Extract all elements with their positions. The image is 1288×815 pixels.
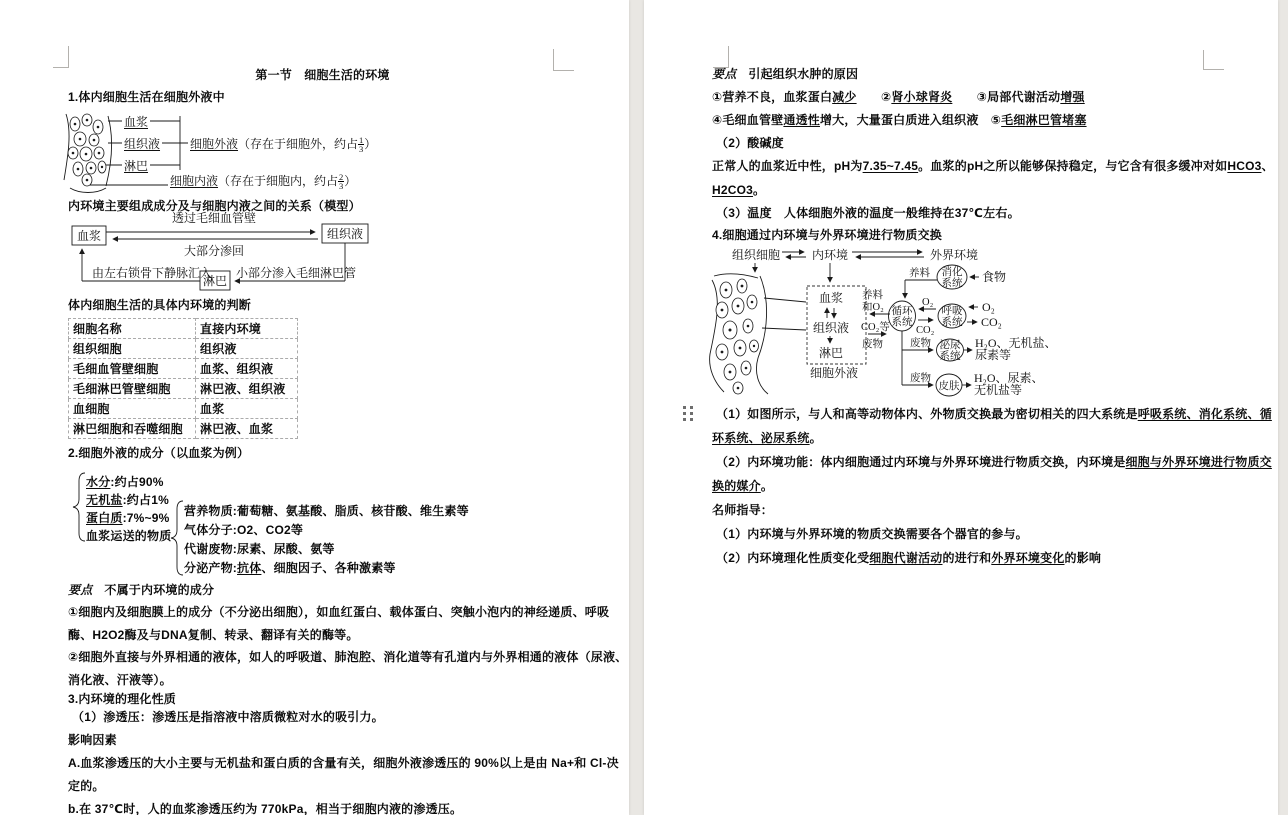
paragraph-line: 定的。 [68, 779, 105, 794]
label-lymph: 淋巴 [124, 159, 148, 173]
paragraph-line: 消化液、汗液等）。 [68, 673, 172, 688]
ex-external-env: 外界环境 [930, 247, 978, 262]
paragraph-line: A.血浆渗透压的大小主要与无机盐和蛋白质的含量有关，细胞外液渗透压的 90%以上… [68, 756, 619, 771]
paragraph-line: ④毛细血管壁通透性增大，大量蛋白质进入组织液 ⑤毛细淋巴管堵塞 [712, 113, 1087, 128]
section-3-heading: 3.内环境的理化性质 [68, 692, 176, 707]
text-segment: ） [344, 174, 356, 188]
svg-text:无机盐等: 无机盐等 [974, 382, 1022, 397]
paragraph-line: ①营养不良，血浆蛋白减少 ②肾小球肾炎 ③局部代谢活动增强 [712, 90, 1085, 105]
ex-waste-2: 废物 [910, 371, 931, 384]
text-segment: （存在于细胞内，约占 [218, 174, 338, 188]
ex-waste-1: 废物 [910, 336, 931, 349]
table-header-cell: 直接内环境 [196, 319, 298, 339]
text-segment: ） [364, 137, 376, 151]
keypoint-label: 要点 [712, 67, 736, 81]
section-4-heading: 4.细胞通过内环境与外界环境进行物质交换 [712, 228, 942, 243]
table-row: 毛细血管壁细胞 血浆、组织液 [69, 359, 298, 379]
ex-circulatory-system: 循环 [892, 305, 913, 317]
section-judge-heading: 体内细胞生活的具体内环境的判断 [68, 298, 251, 313]
temperature-line: （3）温度 人体细胞外液的温度一般维持在37℃左右。 [716, 206, 1020, 221]
ex-co2-mid: CO₂ [916, 325, 935, 336]
section-2-heading: 2.细胞外液的成分（以血浆为例） [68, 446, 249, 461]
ex-nutrient-o2-label: 养料 [862, 288, 883, 301]
page-title: 第一节 细胞生活的环境 [68, 68, 577, 83]
ex-co2-out: CO₂ [981, 315, 1002, 329]
label-extracellular-fluid: 细胞外液（存在于细胞外，约占13） [190, 136, 376, 153]
material-exchange-diagram: 组织细胞 内环境 外界环境 [700, 246, 1020, 398]
paragraph-line: （2）内环境理化性质变化受细胞代谢活动的进行和外界环境变化的影响 [716, 551, 1101, 566]
label-plasma: 血浆 [124, 115, 148, 129]
ex-tissue-cells: 组织细胞 [732, 248, 780, 262]
paragraph-line: 换的媒介。 [712, 479, 773, 494]
paragraph-line: 酶、H2O2酶及与DNA复制、转录、翻译有关的酶等。 [68, 628, 359, 643]
svg-text:系统: 系统 [892, 315, 913, 328]
keypoint-line: 要点引起组织水肿的原因 [712, 67, 858, 82]
ex-food: 食物 [982, 269, 1006, 284]
paragraph-line: （1）内环境与外界环境的物质交换需要各个器官的参与。 [716, 527, 1028, 542]
svg-text:系统: 系统 [942, 315, 963, 328]
cell-cluster-illustration [710, 274, 768, 394]
paragraph-line: （1）渗透压：渗透压是指溶液中溶质微粒对水的吸引力。 [72, 710, 384, 725]
margin-crop-mark [53, 46, 69, 68]
comp-nutrients: 营养物质:葡萄糖、氨基酸、脂质、核苷酸、维生素等 [184, 504, 469, 519]
table-row: 淋巴细胞和吞噬细胞 淋巴液、血浆 [69, 419, 298, 439]
ex-o2-mid: O₂ [922, 297, 934, 308]
margin-crop-mark [1203, 50, 1224, 70]
cell-cluster-illustration [64, 114, 112, 193]
text-segment: 细胞内液 [170, 174, 218, 188]
ex-nutrient-label: 养料 [909, 266, 930, 279]
table-row: 毛细淋巴管壁细胞 淋巴液、组织液 [69, 379, 298, 399]
keypoint-label: 要点 [68, 583, 92, 597]
paragraph-line: （2）内环境功能：体内细胞通过内环境与外界环境进行物质交换，内环境是细胞与外界环… [716, 455, 1272, 470]
svg-text:和O₂: 和O₂ [862, 301, 884, 313]
drag-handle[interactable] [683, 406, 693, 421]
ex-respiratory-system: 呼吸 [942, 305, 963, 317]
label-tissue-fluid: 组织液 [124, 137, 160, 151]
document-view: 第一节 细胞生活的环境 1.体内细胞生活在细胞外液中 [0, 0, 1288, 815]
comp-gases: 气体分子:O2、CO2等 [184, 523, 303, 538]
comp-salt: 无机盐:约占1% [86, 493, 169, 508]
comp-water: 水分:约占90% [86, 475, 164, 490]
ex-urinary-system: 泌尿 [940, 339, 961, 351]
label-intracellular-fluid: 细胞内液（存在于细胞内，约占23） [170, 173, 356, 190]
table-header-cell: 细胞名称 [69, 319, 196, 339]
inner-env-table: 细胞名称 直接内环境 组织细胞 组织液 毛细血管壁细胞 血浆、组织液 毛细淋巴管… [68, 318, 298, 439]
ex-plasma: 血浆 [819, 290, 843, 305]
paragraph-line: H2CO3。 [712, 183, 765, 198]
paragraph-line: ①细胞内及细胞膜上的成分（不分泌出细胞），如血红蛋白、载体蛋白、突触小泡内的神经… [68, 605, 609, 620]
ex-o2-in: O₂ [982, 300, 995, 314]
section-1-heading: 1.体内细胞生活在细胞外液中 [68, 90, 225, 105]
model-tissue-fluid: 组织液 [327, 226, 363, 241]
comp-secretions: 分泌产物:抗体、细胞因子、各种激素等 [184, 561, 396, 576]
model-lymph-in: 小部分渗入毛细淋巴管 [236, 265, 356, 280]
table-row: 血细胞 血浆 [69, 399, 298, 419]
paragraph-line: 正常人的血浆近中性，pH为7.35~7.45。血浆的pH之所以能够保持稳定，与它… [712, 159, 1274, 174]
paragraph-line: ②细胞外直接与外界相通的液体，如人的呼吸道、肺泡腔、消化道等有孔道内与外界相通的… [68, 650, 627, 665]
factors-heading: 影响因素 [68, 733, 117, 748]
ex-skin: 皮肤 [939, 379, 960, 392]
svg-text:系统: 系统 [942, 276, 963, 289]
acid-base-heading: （2）酸碱度 [716, 136, 784, 151]
paragraph-line: 环系统、泌尿系统。 [712, 431, 822, 446]
svg-text:废物: 废物 [862, 337, 883, 350]
model-plasma: 血浆 [77, 228, 101, 243]
model-most-seeps-back: 大部分渗回 [184, 243, 244, 258]
table-row: 组织细胞 组织液 [69, 339, 298, 359]
ex-co2-waste-label: CO₂等 [861, 320, 890, 333]
model-via-capillary-wall: 透过毛细血管壁 [172, 210, 256, 225]
paragraph-line: （1）如图所示，与人和高等动物体内、外物质交换最为密切相关的四大系统是呼吸系统、… [716, 407, 1272, 422]
margin-crop-mark [713, 46, 729, 68]
comp-protein: 蛋白质:7%~9% [86, 511, 170, 526]
model-vein-in: 由左右锁骨下静脉汇入 [92, 265, 212, 280]
ex-internal-env: 内环境 [812, 247, 848, 262]
teacher-guide-heading: 名师指导： [712, 503, 773, 518]
text-segment: 细胞外液 [190, 137, 238, 151]
table-header-row: 细胞名称 直接内环境 [69, 319, 298, 339]
comp-wastes: 代谢废物:尿素、尿酸、氨等 [184, 542, 335, 557]
ex-digestive-system: 消化 [942, 265, 963, 278]
page-2: 要点引起组织水肿的原因 ①营养不良，血浆蛋白减少 ②肾小球肾炎 ③局部代谢活动增… [644, 0, 1278, 815]
page-1: 第一节 细胞生活的环境 1.体内细胞生活在细胞外液中 [0, 0, 629, 815]
svg-text:系统: 系统 [940, 349, 961, 362]
paragraph-line: b.在 37℃时，人的血浆渗透压约为 770kPa，相当于细胞内液的渗透压。 [68, 802, 462, 815]
internal-env-model-diagram: 血浆 组织液 透过毛细血管壁 大部分渗回 小部分渗入毛细淋巴管 淋巴 由左右锁骨… [60, 210, 380, 300]
svg-text:尿素等: 尿素等 [975, 347, 1011, 362]
ex-lymph: 淋巴 [819, 345, 843, 360]
ex-ecf: 细胞外液 [810, 365, 858, 380]
text-segment: （存在于细胞外，约占 [238, 137, 358, 151]
keypoint-line: 要点不属于内环境的成分 [68, 583, 214, 598]
ex-tissue-fluid: 组织液 [813, 320, 849, 335]
comp-transport: 血浆运送的物质 [86, 529, 171, 544]
